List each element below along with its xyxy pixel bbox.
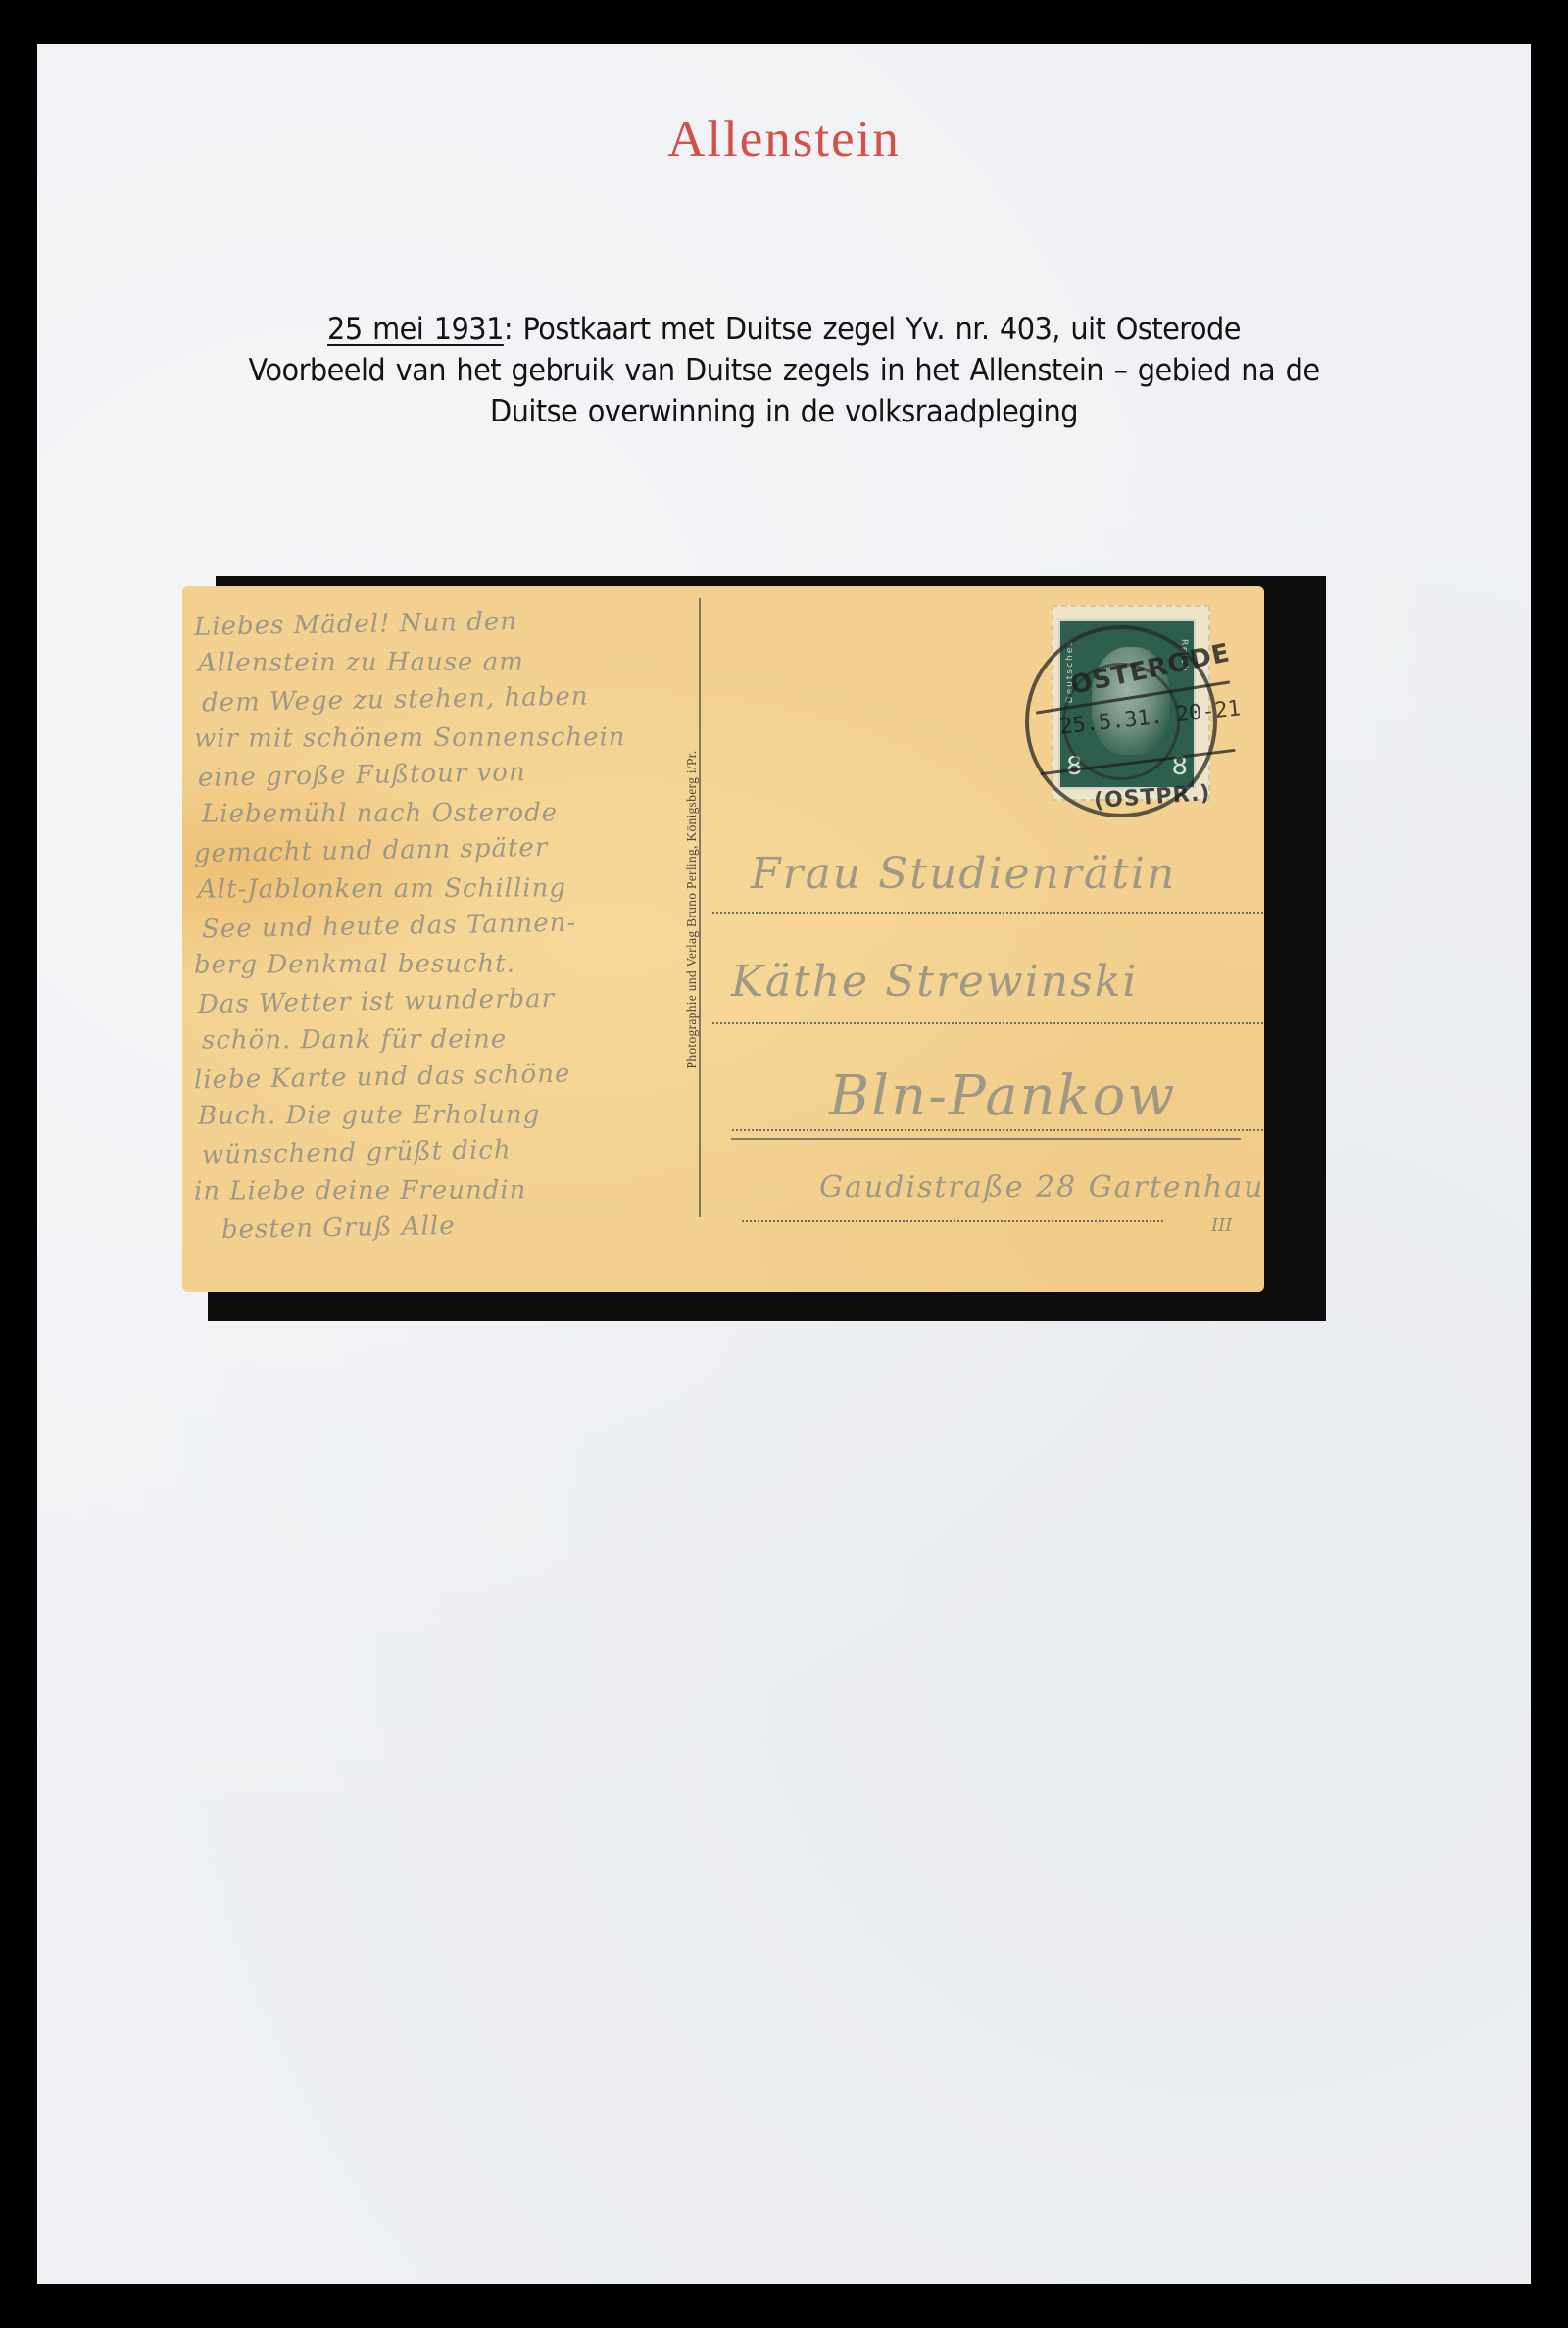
message-line: schön. Dank für deine xyxy=(202,1024,507,1055)
message-line: See und heute das Tannen- xyxy=(202,909,577,945)
postcard: Liebes Mädel! Nun denAllenstein zu Hause… xyxy=(182,586,1264,1292)
message-line: Das Wetter ist wunderbar xyxy=(198,984,556,1019)
description-date: 25 mei 1931 xyxy=(327,312,504,347)
message-line: berg Denkmal besucht. xyxy=(194,949,515,979)
address-line-1: Frau Studienrätin xyxy=(751,849,1176,899)
address-dotted-line-3 xyxy=(732,1129,1264,1131)
black-mount-bottom xyxy=(208,1292,1326,1321)
description-line-1-text: : Postkaart met Duitse zegel Yv. nr. 403… xyxy=(504,312,1241,347)
address-dotted-line-1 xyxy=(712,912,1264,914)
message-line: dem Wege zu stehen, haben xyxy=(202,682,589,718)
page-title: Allenstein xyxy=(0,110,1568,169)
description-line-1: 25 mei 1931: Postkaart met Duitse zegel … xyxy=(55,312,1513,347)
message-line: eine große Fußtour von xyxy=(198,758,526,793)
message-line: Liebemühl nach Osterode xyxy=(202,798,558,828)
message-line: in Liebe deine Freundin xyxy=(194,1175,526,1206)
message-line: Buch. Die gute Erholung xyxy=(198,1100,540,1130)
message-line: gemacht und dann später xyxy=(194,833,549,868)
address-line-2: Käthe Strewinski xyxy=(731,957,1138,1007)
address-underline xyxy=(731,1138,1241,1140)
message-line: Liebes Mädel! Nun den xyxy=(194,607,518,642)
address-dotted-line-4 xyxy=(742,1220,1163,1222)
message-line: Alt-Jablonken am Schilling xyxy=(198,873,566,904)
description-line-2: Voorbeeld van het gebruik van Duitse zeg… xyxy=(55,353,1513,388)
description-line-3: Duitse overwinning in de volksraadplegin… xyxy=(55,394,1513,429)
message-line: wünschend grüßt dich xyxy=(202,1135,512,1170)
address-dotted-line-2 xyxy=(712,1022,1264,1024)
address-line-3: Bln-Pankow xyxy=(829,1065,1176,1128)
message-line: Allenstein zu Hause am xyxy=(198,647,524,677)
message-line: liebe Karte und das schöne xyxy=(194,1060,571,1096)
message-line: wir mit schönem Sonnenschein xyxy=(194,722,626,754)
publisher-imprint: Photographie und Verlag Bruno Perling, K… xyxy=(684,751,700,1069)
message-line: besten Gruß Alle xyxy=(221,1212,456,1245)
pencil-mark: III xyxy=(1211,1215,1232,1236)
address-line-4: Gaudistraße 28 Gartenhaus xyxy=(819,1170,1264,1205)
